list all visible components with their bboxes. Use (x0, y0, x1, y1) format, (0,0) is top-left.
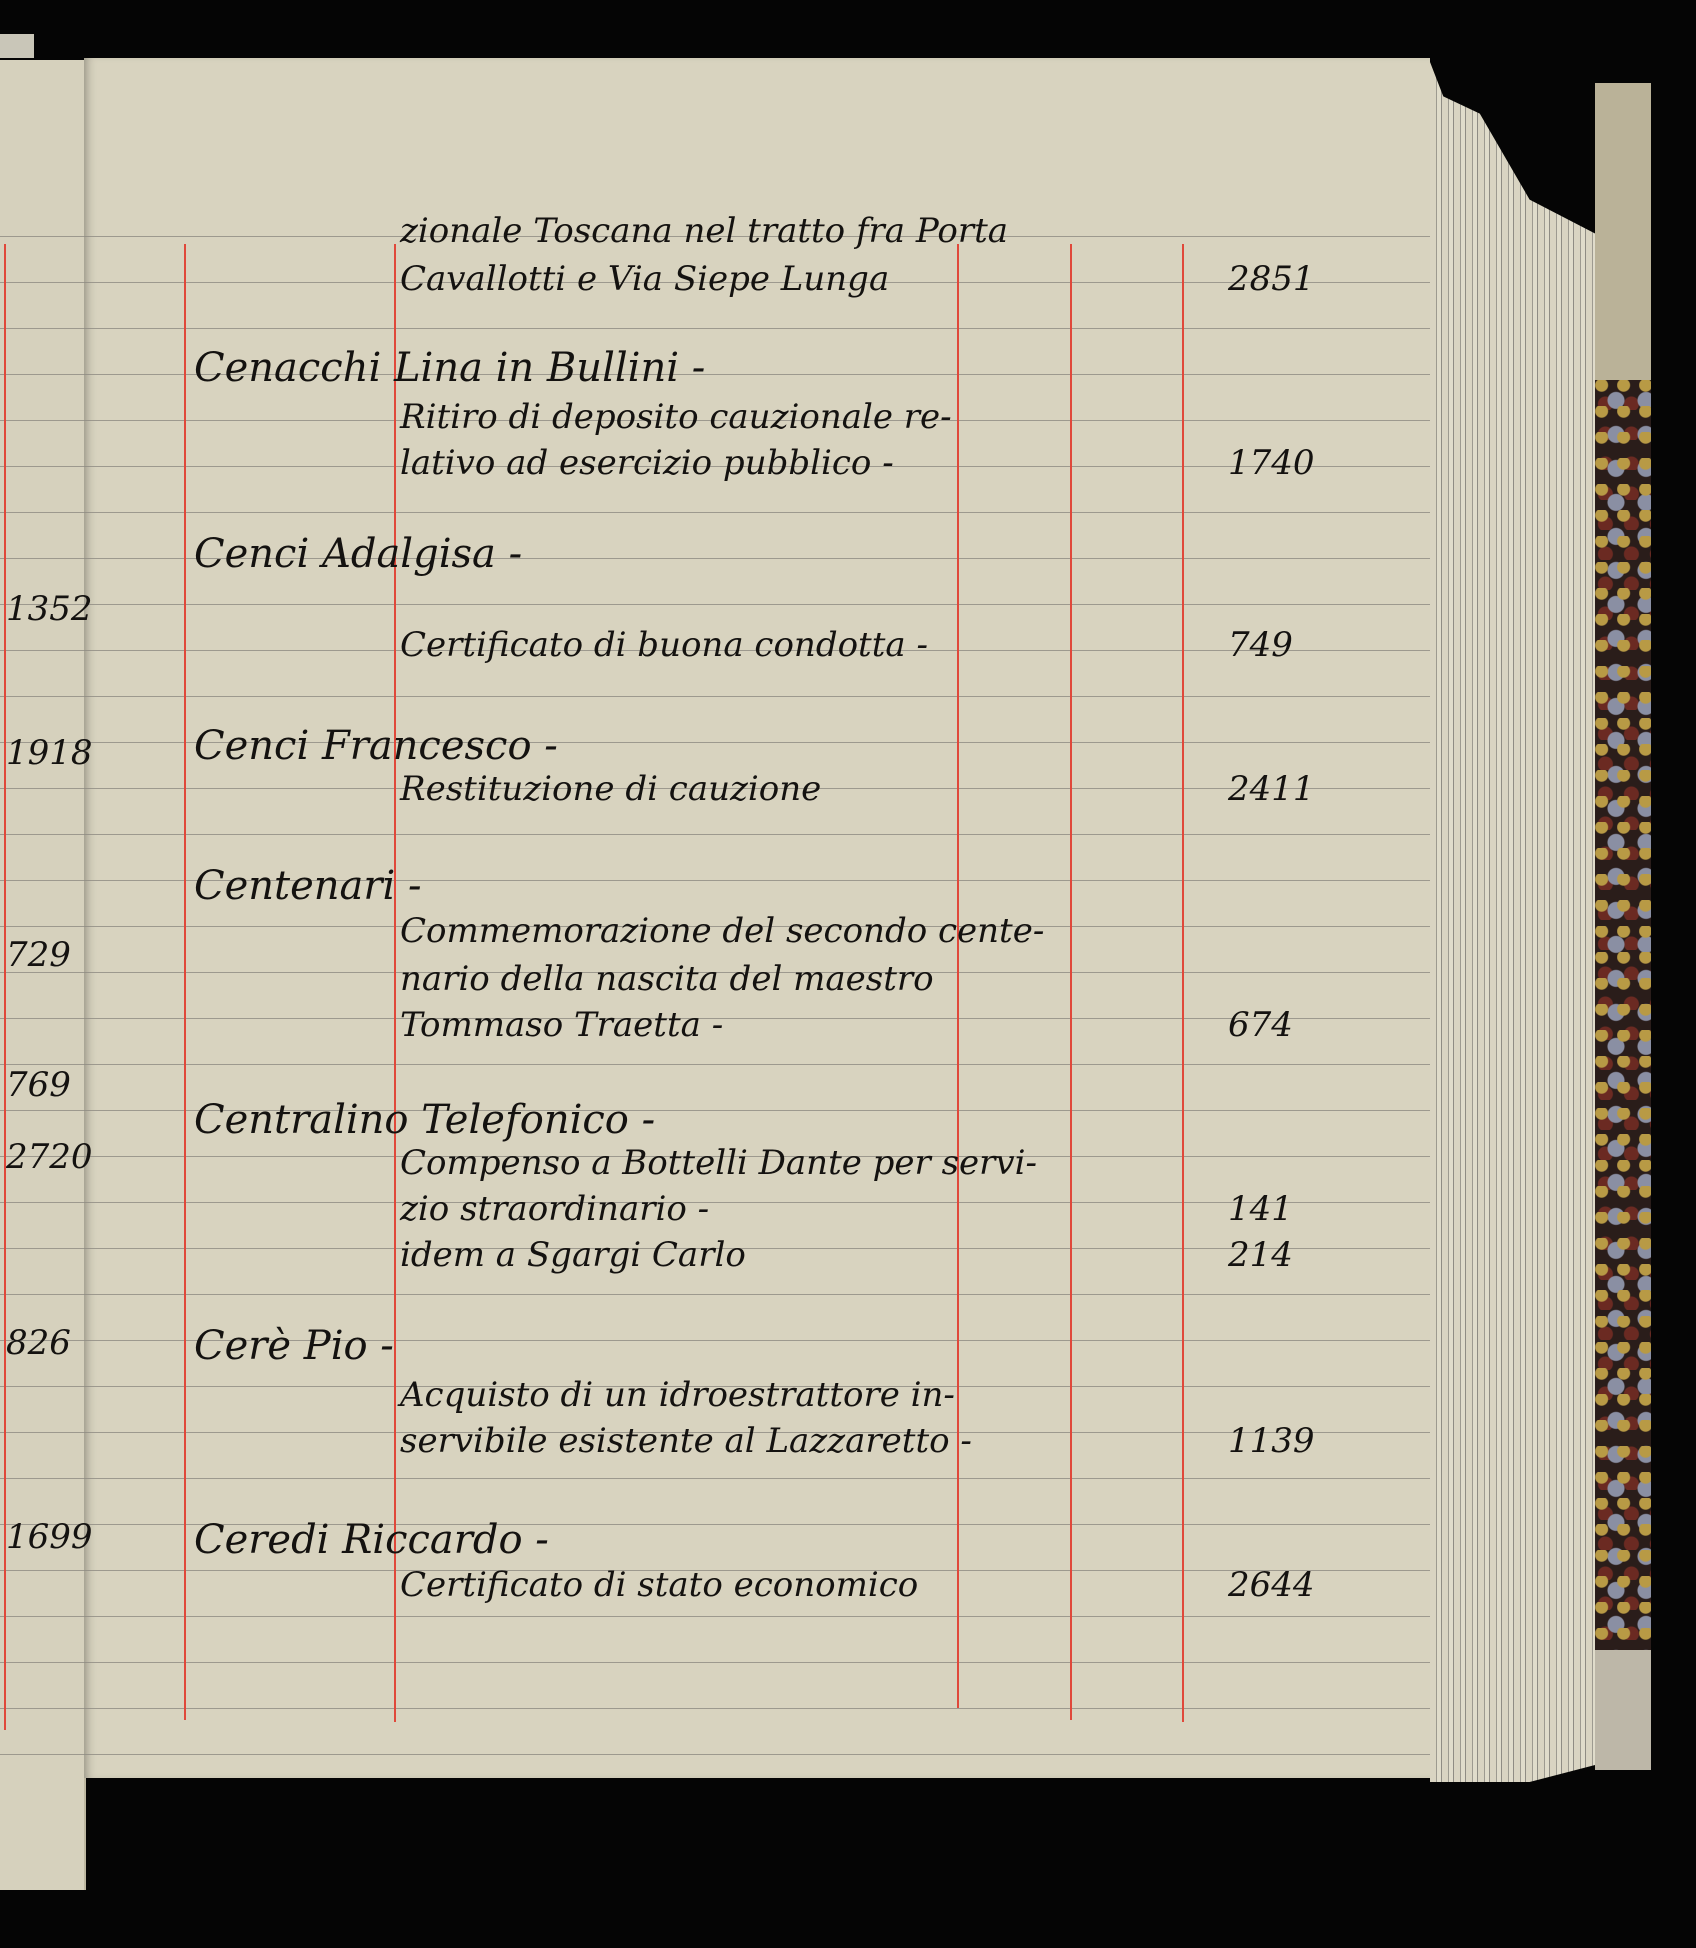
cover-vellum-bottom (1595, 1650, 1651, 1770)
entry-description-line: servibile esistente al Lazzaretto - (400, 1424, 950, 1458)
left-margin-number: 769 (6, 1068, 71, 1102)
ruled-line (0, 604, 1430, 605)
ruled-line (0, 834, 1430, 835)
entry-description-line: idem a Sgargi Carlo (400, 1238, 746, 1272)
entry-description-line: Certificato di buona condotta - (400, 628, 928, 662)
entry-reference-number: 2411 (1228, 772, 1315, 806)
entry-reference-number: 141 (1228, 1192, 1293, 1226)
ruled-line (0, 1616, 1430, 1617)
entry-name: Centenari - (194, 866, 422, 906)
entry-reference-number: 674 (1228, 1008, 1293, 1042)
ruled-line (0, 512, 1430, 513)
entry-description-line: Restituzione di cauzione (400, 772, 821, 806)
entry-reference-number: 2851 (1228, 262, 1315, 296)
red-column-rule (957, 244, 959, 1708)
entry-description-line: Acquisto di un idroestrattore in- (400, 1378, 950, 1412)
entry-reference-number: 214 (1228, 1238, 1293, 1272)
entry-reference-number: 1740 (1228, 446, 1315, 480)
left-margin-number: 1918 (6, 736, 93, 770)
ruled-line (0, 1662, 1430, 1663)
ruled-line (0, 1754, 1430, 1755)
red-column-rule (1182, 244, 1184, 1722)
red-column-rule (184, 244, 186, 1720)
entry-reference-number: 749 (1228, 628, 1293, 662)
ruled-line (0, 1708, 1430, 1709)
entry-name: Cenci Adalgisa - (194, 534, 522, 574)
entry-description-line: Commemorazione del secondo cente- (400, 914, 950, 948)
entry-reference-number: 2644 (1228, 1568, 1315, 1602)
entry-description-line: Certificato di stato economico (400, 1568, 918, 1602)
left-margin-number: 729 (6, 938, 71, 972)
left-margin-number: 2720 (6, 1140, 93, 1174)
left-margin-number: 1352 (6, 592, 93, 626)
entry-description-line: Tommaso Traetta - (400, 1008, 723, 1042)
cover-marbled-board (1595, 380, 1651, 1650)
red-column-rule (4, 244, 6, 1730)
entry-description-line: Cavallotti e Via Siepe Lunga (400, 262, 889, 296)
entry-description-line: Ritiro di deposito cauzionale re- (400, 400, 950, 434)
left-margin-number: 826 (6, 1326, 71, 1360)
ruled-line (0, 1202, 1430, 1203)
ruled-line (0, 1064, 1430, 1065)
entry-description-line: Compenso a Bottelli Dante per servi- (400, 1146, 950, 1180)
entry-description-line: zionale Toscana nel tratto fra Porta (400, 214, 950, 248)
entry-description-line: nario della nascita del maestro (400, 962, 934, 996)
entry-name: Centralino Telefonico - (194, 1100, 655, 1140)
ruled-line (0, 1294, 1430, 1295)
entry-name: Cenci Francesco - (194, 726, 558, 766)
ruled-line (0, 696, 1430, 697)
entry-name: Cenacchi Lina in Bullini - (194, 348, 705, 388)
ruled-line (0, 328, 1430, 329)
page-stack-edges (1430, 62, 1596, 1782)
entry-description-line: lativo ad esercizio pubblico - (400, 446, 894, 480)
ruled-line (0, 1478, 1430, 1479)
entry-reference-number: 1139 (1228, 1424, 1315, 1458)
cover-vellum-top (1595, 83, 1651, 383)
entry-name: Cerè Pio - (194, 1326, 394, 1366)
entry-description-line: zio straordinario - (400, 1192, 709, 1226)
left-margin-number: 1699 (6, 1520, 93, 1554)
entry-name: Ceredi Riccardo - (194, 1520, 549, 1560)
red-column-rule (1070, 244, 1072, 1720)
left-cover-tab (0, 34, 34, 58)
red-column-rule (394, 244, 396, 1722)
